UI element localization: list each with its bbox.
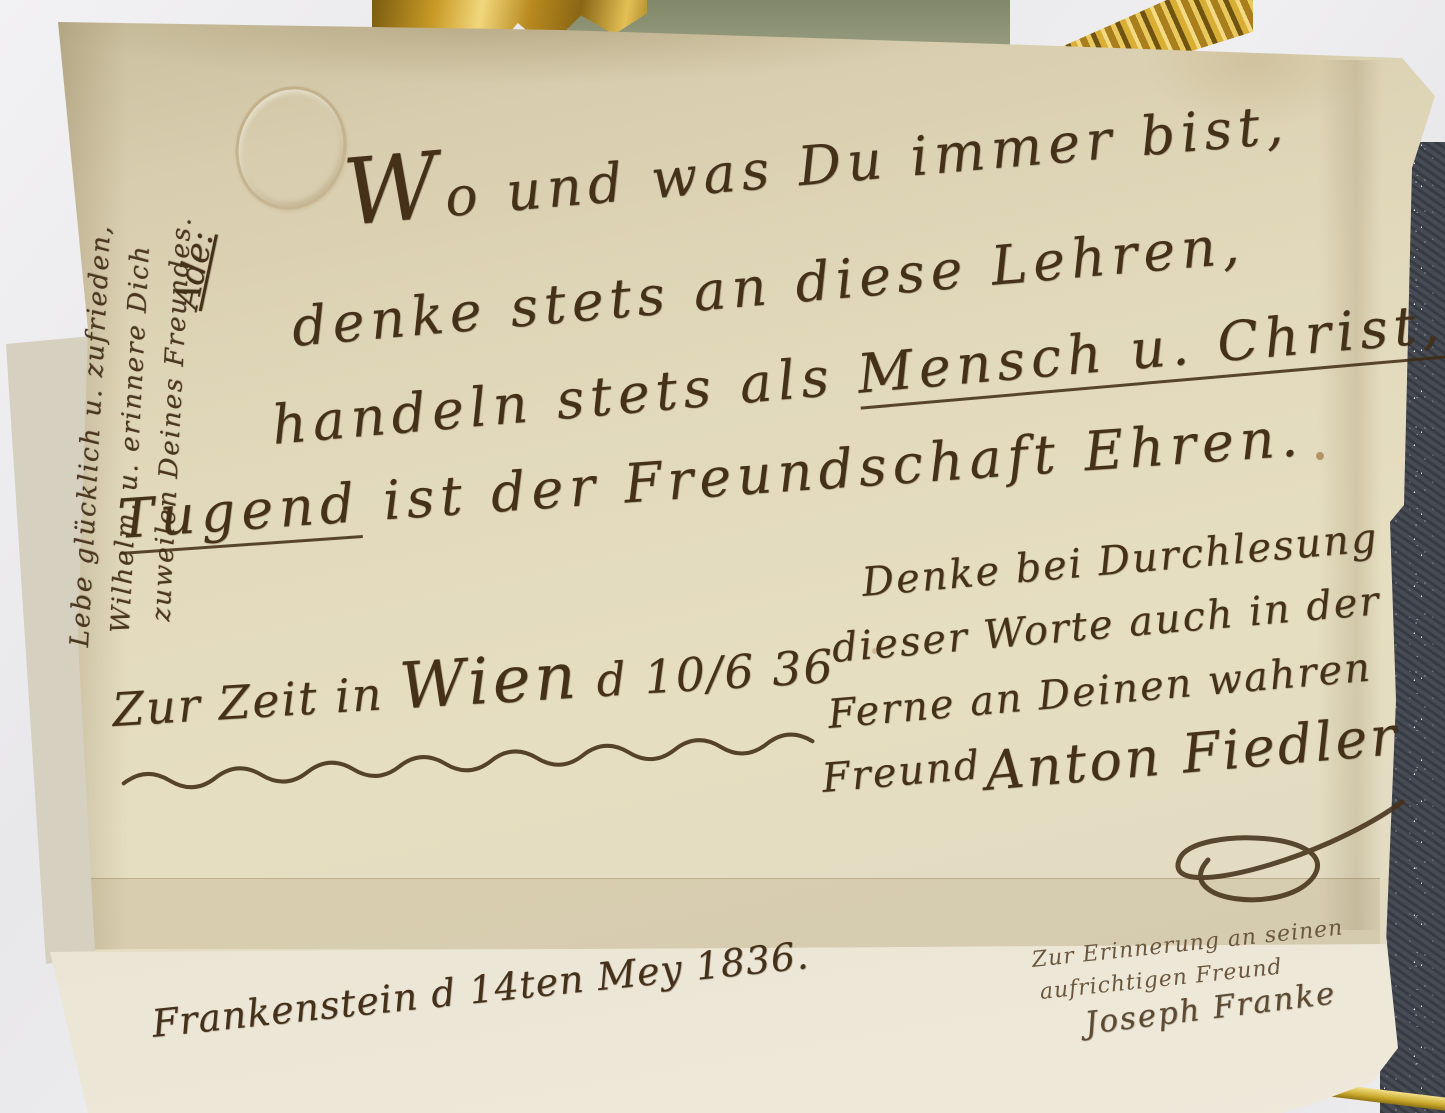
verse-initial: W: [339, 132, 448, 247]
signature-flourish: [1130, 796, 1440, 911]
fox-spot: [1316, 452, 1324, 460]
place-name: Wien: [397, 639, 581, 724]
photo-scene: Lebe glücklich u. zufrieden, Wilhelm, u.…: [0, 0, 1445, 1113]
